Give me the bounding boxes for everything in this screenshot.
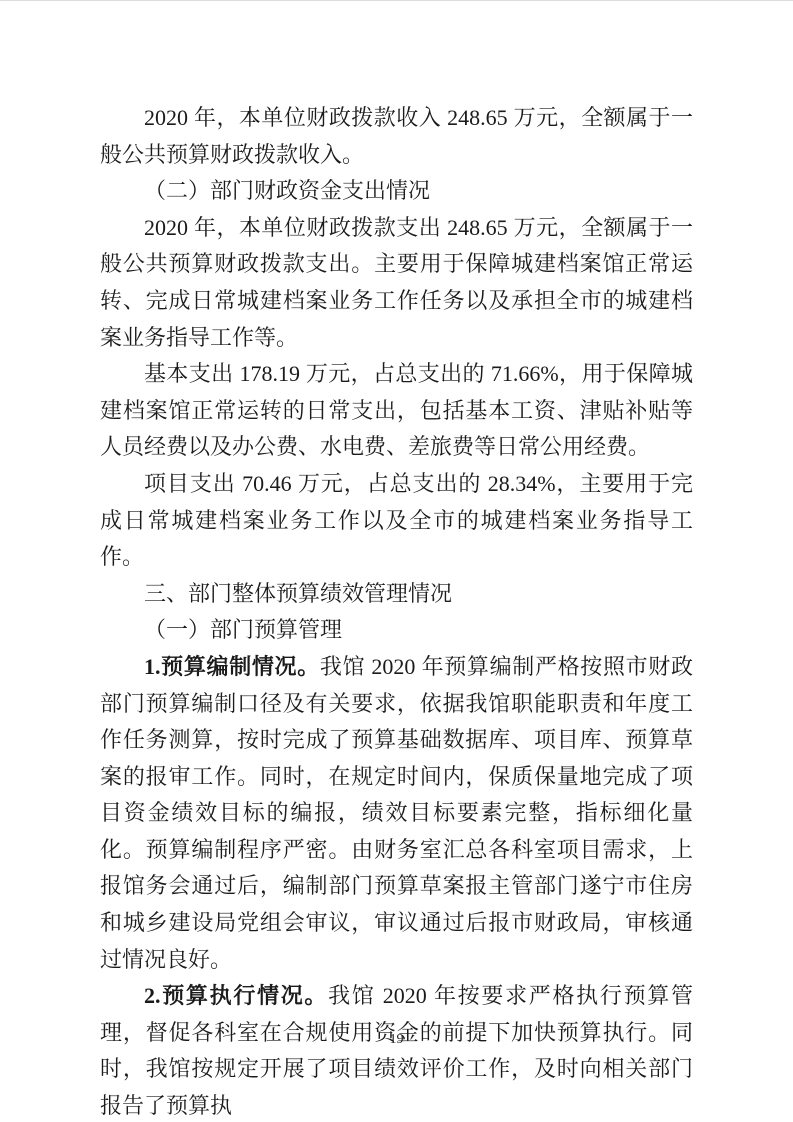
paragraph-basic-expenditure: 基本支出 178.19 万元，占总支出的 71.66%，用于保障城建档案馆正常运… (100, 356, 693, 466)
paragraph-budget-execution: 2.预算执行情况。我馆 2020 年按要求严格执行预算管理，督促各科室在合规使用… (100, 978, 693, 1122)
paragraph-fiscal-income: 2020 年，本单位财政拨款收入 248.65 万元，全额属于一般公共预算财政拨… (100, 100, 693, 173)
paragraph-project-expenditure: 项目支出 70.46 万元，占总支出的 28.34%，主要用于完成日常城建档案业… (100, 466, 693, 576)
paragraph-lead-budget-execution: 2.预算执行情况。 (144, 983, 328, 1008)
document-page: 2020 年，本单位财政拨款收入 248.65 万元，全额属于一般公共预算财政拨… (0, 0, 793, 1122)
page-number: 19 (0, 1032, 793, 1048)
chapter-heading-performance-management: 三、部门整体预算绩效管理情况 (100, 576, 693, 613)
section-heading-budget-management: （一）部门预算管理 (100, 612, 693, 649)
section-heading-expenditure: （二）部门财政资金支出情况 (100, 173, 693, 210)
paragraph-budget-preparation: 1.预算编制情况。我馆 2020 年预算编制严格按照市财政部门预算编制口径及有关… (100, 649, 693, 978)
paragraph-lead-budget-preparation: 1.预算编制情况。 (144, 654, 320, 679)
paragraph-fiscal-expenditure: 2020 年，本单位财政拨款支出 248.65 万元，全额属于一般公共预算财政拨… (100, 210, 693, 356)
document-body: 2020 年，本单位财政拨款收入 248.65 万元，全额属于一般公共预算财政拨… (100, 100, 693, 1122)
paragraph-text-budget-preparation: 我馆 2020 年预算编制严格按照市财政部门预算编制口径及有关要求，依据我馆职能… (100, 654, 693, 972)
